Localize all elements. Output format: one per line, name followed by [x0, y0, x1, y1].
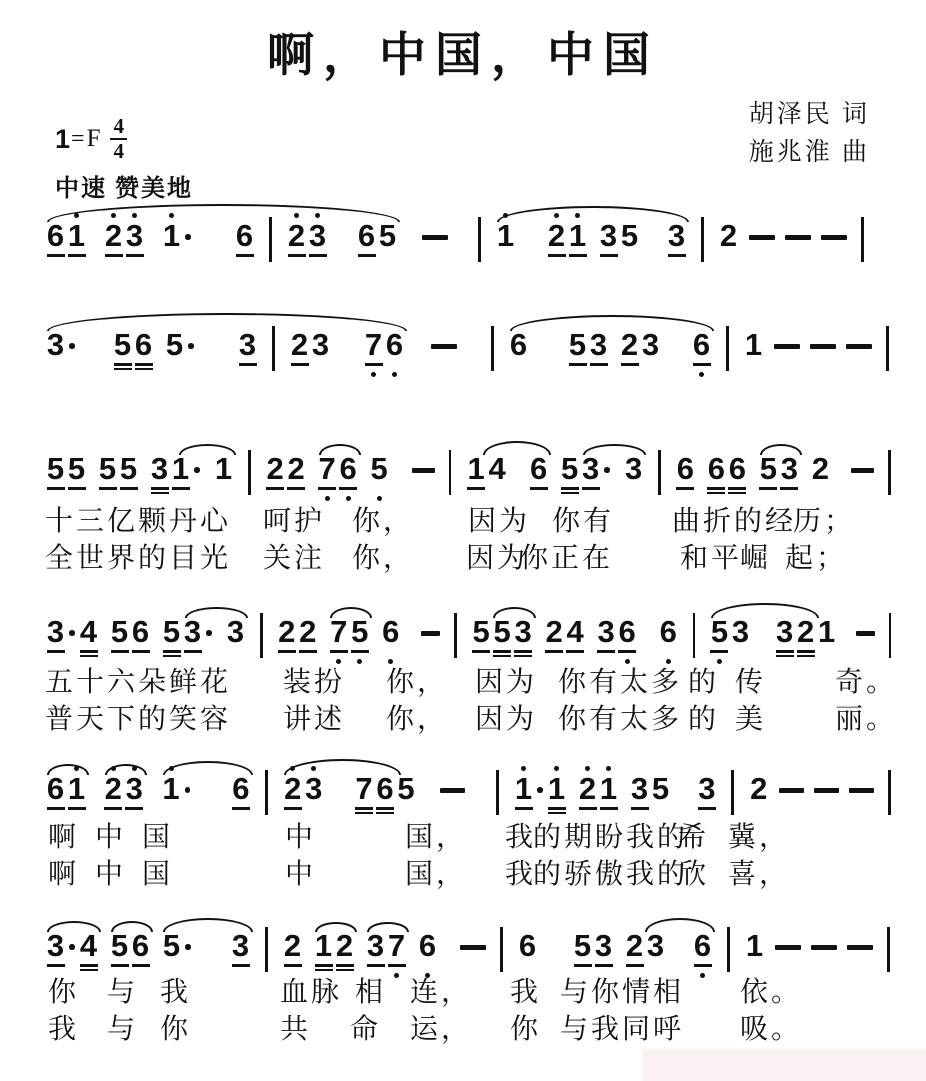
note-digit: 5 — [472, 616, 489, 648]
note-2: 2 — [266, 441, 284, 502]
beam-line — [355, 807, 373, 810]
note-digit: 3 — [309, 220, 326, 252]
time-signature: 4 4 — [110, 116, 127, 162]
slur-arc — [47, 204, 400, 222]
note-digit: 2 — [278, 616, 295, 648]
barline — [726, 317, 729, 378]
octave-dot-below — [357, 657, 362, 665]
note-digit: 6 — [47, 220, 64, 252]
lyric-segment: 吸。 — [740, 1007, 802, 1047]
barline — [731, 761, 734, 822]
beam-underlines — [288, 252, 306, 261]
note-digit: 3 — [232, 930, 249, 962]
note-2: 2 — [811, 441, 829, 502]
beam-underlines — [47, 252, 65, 261]
beam-line — [728, 492, 746, 495]
beam-line — [336, 964, 354, 967]
note-digit: 1 — [548, 773, 565, 805]
beam-underlines — [135, 361, 153, 370]
spacer — [836, 441, 847, 442]
lyric-segment: 我 — [160, 970, 191, 1010]
note-digit: 6 — [708, 453, 725, 485]
slur-arc — [47, 313, 407, 331]
note-digit: 2 — [336, 930, 353, 962]
lyric-segment: 中 — [95, 815, 126, 855]
lyric-segment: 连， — [410, 970, 472, 1010]
lyric-segment: 因为 — [466, 536, 528, 576]
note-digit: 6 — [358, 220, 375, 252]
beam-underlines — [68, 805, 86, 814]
beam-underlines — [227, 648, 245, 657]
beam-underlines — [239, 361, 257, 370]
beam-underlines — [745, 361, 763, 370]
lyric-segment: 你， — [386, 697, 448, 737]
beam-underlines — [172, 485, 190, 494]
beam-line — [111, 650, 129, 653]
note-digit: 1 — [569, 220, 586, 252]
beam-line — [80, 969, 98, 972]
beam-line — [621, 363, 639, 366]
note-digit: 5 — [397, 773, 414, 805]
lyric-segment: 你， — [386, 660, 448, 700]
note-digit: 3 — [227, 616, 244, 648]
lyric-segment: 与我同呼 — [560, 1007, 684, 1047]
beam-line — [759, 487, 777, 490]
duration-dash — [846, 317, 872, 378]
beam-line — [99, 487, 117, 490]
beam-underlines — [780, 485, 798, 494]
beam-underlines — [818, 648, 836, 657]
beam-underlines — [497, 252, 515, 261]
beam-line — [493, 655, 511, 658]
beam-line — [330, 650, 348, 653]
note-digit: 2 — [579, 773, 596, 805]
note-digit: 3 — [625, 453, 642, 485]
note-group: 66 — [706, 441, 748, 502]
beam-line — [710, 650, 728, 653]
spacer — [92, 761, 98, 762]
note-2: 2 — [299, 604, 317, 665]
beam-underlines — [693, 361, 711, 370]
note-digit: 1 — [163, 220, 180, 252]
note-4: 4 — [80, 604, 98, 665]
beam-underlines — [215, 485, 233, 494]
lyric-segment: 与你情相 — [560, 970, 684, 1010]
beam-underlines — [120, 485, 138, 494]
note-digit: 6 — [510, 329, 527, 361]
spacer — [410, 317, 426, 318]
beam-underlines — [548, 252, 566, 261]
beam-line — [569, 254, 587, 257]
note-digit: 5 — [379, 220, 396, 252]
beam-underlines — [514, 648, 532, 657]
beam-underlines — [569, 252, 587, 261]
beam-line — [548, 254, 566, 257]
note-digit: 1 — [497, 220, 514, 252]
key-letter: F — [87, 125, 101, 153]
octave-dot — [346, 496, 351, 501]
beam-line — [172, 487, 190, 490]
barline — [727, 918, 730, 979]
beam-line — [566, 650, 584, 653]
beam-underlines — [339, 485, 357, 494]
note-5: 5 — [99, 441, 117, 502]
lyric-segment: 中 — [285, 852, 316, 892]
beam-line — [287, 487, 305, 490]
beam-line — [284, 807, 302, 810]
beam-line — [561, 487, 579, 490]
octave-dot-below — [325, 494, 330, 502]
note-digit: 3 — [668, 220, 685, 252]
beam-underlines — [707, 485, 725, 494]
note-digit: 5 — [574, 930, 591, 962]
lyric-segment: 因为 — [475, 697, 537, 737]
beam-underlines — [621, 361, 639, 370]
beam-underlines — [710, 648, 728, 657]
duration-dash — [856, 604, 875, 665]
beam-line — [693, 363, 711, 366]
beam-underlines — [278, 648, 296, 657]
beam-underlines — [472, 648, 490, 657]
lyric-segment: 美 — [735, 697, 766, 737]
barline — [454, 604, 456, 665]
beam-underlines — [652, 805, 670, 814]
duration-dash — [849, 761, 874, 822]
beam-line — [493, 650, 511, 653]
beam-underlines — [355, 805, 373, 814]
note-digit: 2 — [299, 616, 316, 648]
note-5: 5 — [397, 761, 415, 822]
beam-underlines — [47, 485, 65, 494]
duration-dash — [814, 761, 839, 822]
beam-line — [668, 254, 686, 257]
beam-underlines — [47, 648, 65, 657]
note-digit: 6 — [376, 773, 393, 805]
note-1: 1 — [600, 761, 618, 822]
note-digit: 3 — [514, 616, 531, 648]
lyrics-block-4: 你与我血脉相连，我与你情相依。我与你共命运，你与我同呼吸。 — [0, 0, 926, 76]
beam-line — [151, 487, 169, 490]
beam-underlines — [797, 648, 815, 657]
note-digit: 6 — [236, 220, 253, 252]
beam-underlines — [365, 361, 383, 370]
beam-line — [120, 487, 138, 490]
note-digit: 1 — [215, 453, 232, 485]
beam-underlines — [284, 805, 302, 814]
beam-line — [284, 964, 302, 967]
beam-underlines — [287, 485, 305, 494]
beam-line — [780, 487, 798, 490]
note-digit: 3 — [776, 616, 793, 648]
note-digit: 4 — [488, 453, 505, 485]
note-group: 6 — [380, 604, 401, 665]
beam-underlines — [358, 252, 376, 261]
lyric-segment: 历； — [793, 499, 855, 539]
barline — [889, 604, 891, 665]
music-line-1: 61231623651213532 — [40, 190, 900, 294]
lyric-segment: 你 — [160, 1007, 191, 1047]
beam-line — [114, 368, 132, 371]
lyric-segment: 因为 — [475, 660, 537, 700]
beam-underlines — [291, 361, 309, 370]
beam-underlines — [382, 648, 400, 657]
note-group: 1 — [743, 317, 764, 378]
beam-line — [590, 363, 608, 366]
lyric-segment: 普天下的笑容 — [45, 697, 231, 737]
meter-lower: 4 — [113, 140, 124, 162]
note-digit: 7 — [319, 453, 336, 485]
barline — [478, 208, 481, 269]
beam-line — [236, 254, 254, 257]
beam-underlines — [299, 648, 317, 657]
note-5: 5 — [111, 604, 129, 665]
barline — [701, 208, 704, 269]
key-equals: = — [71, 126, 85, 153]
note-digit: 3 — [642, 329, 659, 361]
beam-underlines — [232, 962, 250, 971]
note-digit: 5 — [493, 616, 510, 648]
duration-dash — [847, 918, 873, 979]
lyric-segment: 依。 — [740, 970, 802, 1010]
note-digit: 6 — [530, 453, 547, 485]
lyric-segment: 我 — [505, 852, 536, 892]
note-2: 2 — [545, 604, 563, 665]
note-digit: 5 — [621, 220, 638, 252]
lyric-segment: 和平 — [680, 536, 742, 576]
beam-underlines — [600, 805, 618, 814]
lyric-segment: 讲述 — [283, 697, 345, 737]
beam-line — [163, 650, 181, 653]
note-group: 22 — [276, 604, 318, 665]
note-digit: 3 — [184, 616, 201, 648]
note-digit: 5 — [561, 453, 578, 485]
beam-line — [467, 487, 485, 490]
beam-underlines — [698, 805, 716, 814]
barline — [658, 441, 661, 502]
beam-underlines — [386, 361, 404, 370]
barline — [265, 761, 268, 822]
note-6: 6 — [659, 604, 677, 665]
lyric-segment: 关注 — [263, 536, 325, 576]
lyricist-credit: 胡泽民 词 — [749, 96, 870, 134]
note-digit: 1 — [746, 930, 763, 962]
octave-dot — [700, 973, 705, 978]
lyric-segment: 冀， — [728, 815, 790, 855]
note-digit: 3 — [582, 453, 599, 485]
beam-line — [515, 807, 533, 810]
note-digit: 6 — [729, 453, 746, 485]
beam-line — [135, 368, 153, 371]
beam-line — [545, 650, 563, 653]
note-5: 5 — [47, 441, 65, 502]
octave-dot — [392, 372, 397, 377]
note-digit: 1 — [68, 220, 85, 252]
duration-dash — [440, 761, 465, 822]
beam-line — [239, 363, 257, 366]
note-5: 5 — [370, 441, 388, 502]
beam-underlines — [561, 485, 579, 494]
beam-line — [776, 650, 794, 653]
meter-upper: 4 — [110, 116, 127, 140]
beam-underlines — [488, 485, 506, 494]
beam-line — [105, 254, 123, 257]
note-digit: 5 — [163, 930, 180, 962]
note-digit: 6 — [132, 616, 149, 648]
note-group: 34 — [45, 604, 99, 665]
lyric-segment: 血脉 — [280, 970, 342, 1010]
beam-underlines — [330, 648, 348, 657]
beam-line — [299, 650, 317, 653]
beam-line — [351, 650, 369, 653]
beam-line — [600, 254, 618, 257]
spacer — [406, 604, 416, 605]
note-3: 3 — [698, 761, 716, 822]
octave-dot-below — [346, 494, 351, 502]
beam-line — [315, 964, 333, 967]
duration-dash — [811, 918, 837, 979]
lyric-segment: 全世界的目光 — [45, 536, 231, 576]
beam-underlines — [266, 485, 284, 494]
note-digit: 3 — [239, 329, 256, 361]
lyric-segment: 曲折的经 — [672, 499, 796, 539]
note-5: 5 — [68, 441, 86, 502]
beam-line — [114, 363, 132, 366]
note-digit: 3 — [47, 329, 64, 361]
lyric-segment: 你， — [352, 536, 414, 576]
duration-dash — [785, 208, 811, 269]
beam-underlines — [569, 361, 587, 370]
lyric-segment: 呵护 — [263, 499, 325, 539]
beam-underlines — [351, 648, 369, 657]
octave-dot-below — [394, 971, 399, 979]
lyric-segment: 我 — [510, 970, 541, 1010]
beam-underlines — [236, 252, 254, 261]
note-digit: 5 — [166, 329, 183, 361]
octave-dot-below — [392, 370, 397, 378]
beam-underlines — [309, 252, 327, 261]
lyric-segment: 的 — [688, 660, 719, 700]
beam-line — [707, 487, 725, 490]
note-digit: 5 — [111, 616, 128, 648]
beam-underlines — [162, 805, 180, 814]
lyric-segment: 你， — [352, 499, 414, 539]
note-group: 2 — [810, 441, 831, 502]
augmentation-dot — [66, 604, 78, 665]
note-digit: 3 — [312, 329, 329, 361]
note-group: 55 — [45, 441, 87, 502]
note-digit: 6 — [693, 329, 710, 361]
note-digit: 4 — [80, 930, 97, 962]
key-signature: 1 = F 4 4 — [55, 116, 127, 162]
beam-line — [367, 964, 385, 967]
barline — [861, 208, 864, 269]
beam-underlines — [582, 485, 600, 494]
beam-line — [126, 254, 144, 257]
beam-underlines — [80, 962, 98, 971]
beam-underlines — [590, 361, 608, 370]
note-group: 35 — [629, 761, 671, 822]
beam-line — [358, 254, 376, 257]
note-digit: 1 — [68, 773, 85, 805]
beam-underlines — [397, 805, 415, 814]
beam-line — [68, 807, 86, 810]
lyric-segment: 我 — [505, 815, 536, 855]
beam-line — [472, 650, 490, 653]
note-6: 6 — [618, 604, 636, 665]
note-digit: 5 — [760, 453, 777, 485]
beam-underlines — [728, 485, 746, 494]
credits: 胡泽民 词 施兆淮 曲 — [749, 96, 870, 172]
octave-dot-below — [371, 370, 376, 378]
note-digit: 7 — [355, 773, 372, 805]
beam-underlines — [631, 805, 649, 814]
lyric-segment: 的期盼我的 — [533, 815, 688, 855]
note-digit: 6 — [677, 453, 694, 485]
beam-underlines — [621, 252, 639, 261]
barline — [491, 317, 494, 378]
barline — [260, 604, 262, 665]
lyric-segment: 国， — [405, 815, 467, 855]
beam-line — [355, 812, 373, 815]
note-digit: 6 — [618, 616, 635, 648]
beam-underlines — [132, 648, 150, 657]
lyric-segment: 命 — [350, 1007, 381, 1047]
note-digit: 2 — [797, 616, 814, 648]
note-group: 21 — [577, 761, 619, 822]
lyric-segment: 相 — [355, 970, 386, 1010]
lyric-segment: 中 — [285, 815, 316, 855]
lyric-segment: 你有 — [552, 499, 614, 539]
note-digit: 1 — [600, 773, 617, 805]
note-1: 1 — [467, 441, 485, 502]
note-6: 6 — [728, 441, 746, 502]
note-digit: 6 — [47, 773, 64, 805]
beam-underlines — [811, 485, 829, 494]
beam-underlines — [105, 252, 123, 261]
beam-line — [707, 492, 725, 495]
lyric-segment: 起； — [785, 536, 847, 576]
beam-underlines — [668, 252, 686, 261]
note-digit: 4 — [80, 616, 97, 648]
note-digit: 3 — [597, 616, 614, 648]
beam-underlines — [676, 485, 694, 494]
beam-underlines — [312, 361, 330, 370]
lyric-segment: 装扮 — [283, 660, 345, 700]
octave-dot — [699, 372, 704, 377]
note-6: 6 — [707, 441, 725, 502]
octave-dot-below — [699, 370, 704, 378]
note-digit: 5 — [99, 453, 116, 485]
beam-line — [151, 492, 169, 495]
note-digit: 2 — [291, 329, 308, 361]
spacer — [842, 604, 851, 605]
note-digit: 6 — [132, 930, 149, 962]
beam-underlines — [114, 361, 132, 370]
beam-underlines — [99, 485, 117, 494]
spacer — [150, 761, 156, 762]
beam-underlines — [720, 252, 738, 261]
beam-line — [111, 964, 129, 967]
note-digit: 2 — [621, 329, 638, 361]
duration-dash — [421, 604, 440, 665]
note-3: 3 — [47, 604, 65, 665]
lyric-segment: 啊 — [48, 815, 79, 855]
beam-line — [597, 650, 615, 653]
beam-line — [376, 807, 394, 810]
note-digit: 2 — [105, 220, 122, 252]
beam-underlines — [151, 485, 169, 494]
note-digit: 7 — [365, 329, 382, 361]
